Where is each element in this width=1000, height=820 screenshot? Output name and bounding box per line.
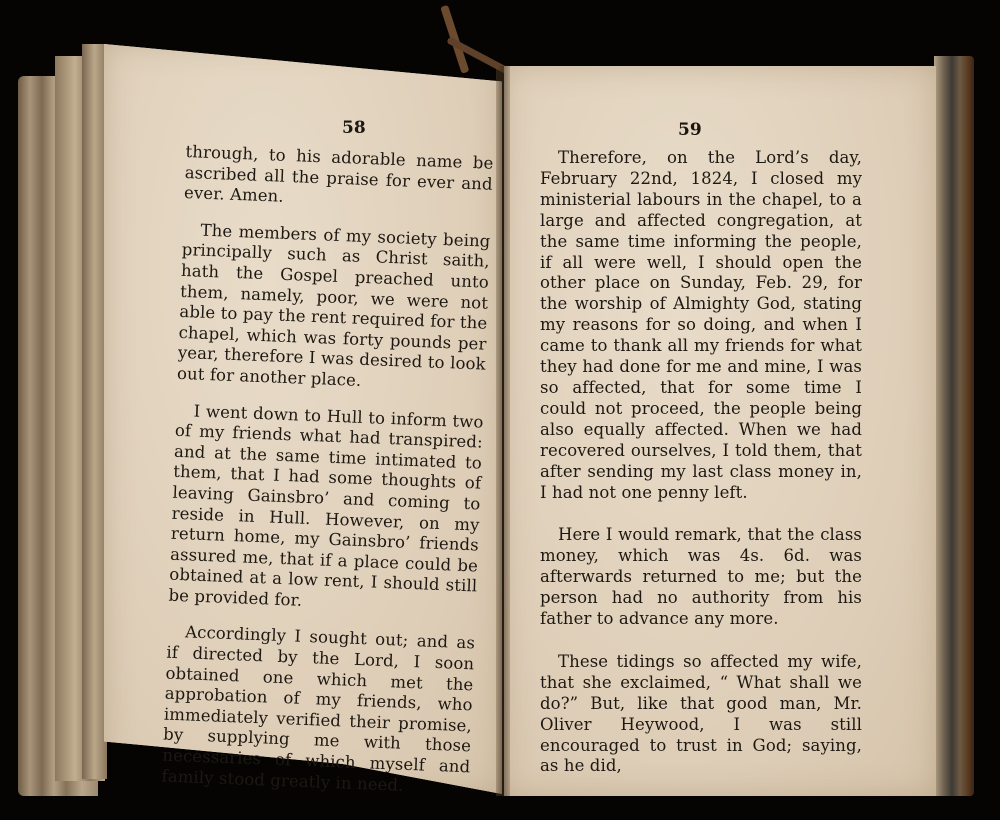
right-page-number: 59 <box>678 120 702 140</box>
right-page-text: Therefore, on the Lord’s day, February 2… <box>540 148 862 799</box>
paragraph: Accordingly I sought out; and as if dire… <box>161 622 475 798</box>
paragraph: Therefore, on the Lord’s day, February 2… <box>540 148 862 503</box>
book-gutter <box>496 66 510 796</box>
paragraph: Here I would remark, that the class mone… <box>540 525 862 630</box>
open-book: 58 59 through, to his adorable name be a… <box>0 0 1000 820</box>
left-page-text: through, to his adorable name be ascribe… <box>161 142 494 815</box>
right-page-edges-cover <box>934 56 974 796</box>
paragraph: I went down to Hull to inform two of my … <box>168 400 484 618</box>
left-page-number: 58 <box>342 118 366 138</box>
paragraph: through, to his adorable name be ascribe… <box>184 142 494 216</box>
paragraph: These tidings so affected my wife, that … <box>540 652 862 777</box>
left-page-edges-top <box>82 44 107 779</box>
paragraph: The members of my society being principa… <box>177 220 491 396</box>
